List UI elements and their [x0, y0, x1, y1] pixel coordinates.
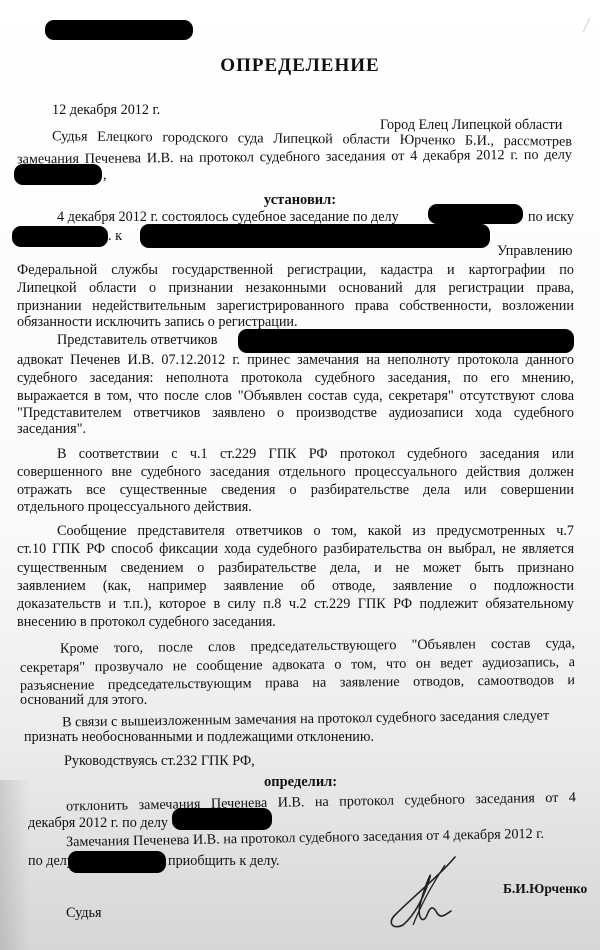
redacted-defendants	[140, 224, 490, 248]
paragraph-line: по иску	[528, 209, 574, 225]
paragraph-line: отдельного процессуального действия.	[17, 499, 252, 515]
paragraph-line: Федеральной службы государственной регис…	[17, 262, 574, 278]
paragraph-line: Сообщение представителя ответчиков о том…	[57, 523, 574, 539]
decision-line: декабря 2012 г. по делу	[28, 815, 168, 831]
paragraph-line: заседания".	[17, 421, 86, 437]
paragraph-line: судебного заседания: неполнота протокола…	[17, 370, 574, 386]
paragraph-line: обязанности исключить запись о регистрац…	[17, 314, 298, 330]
document-date: 12 декабря 2012 г.	[52, 102, 160, 118]
paragraph-line: В соответствии с ч.1 ст.229 ГПК РФ прото…	[57, 446, 574, 462]
paragraph-line: ст.10 ГПК РФ способ фиксации хода судебн…	[17, 541, 574, 557]
redacted-plaintiff	[12, 226, 108, 247]
decision-line: отклонить замечания Печенева И.В. на про…	[66, 790, 576, 815]
page-number-mark	[583, 18, 600, 32]
redacted-case-number	[172, 808, 272, 830]
paragraph-line: оснований для этого.	[20, 692, 147, 708]
paragraph-line: Управлению	[497, 243, 572, 259]
paragraph-line: 4 декабря 2012 г. состоялось судебное за…	[57, 209, 399, 225]
paragraph-line: совершенного вне судебного заседания отд…	[17, 464, 574, 480]
paragraph-line: заявлением (как, например заявление об о…	[17, 578, 574, 594]
handwritten-signature-icon	[385, 855, 465, 935]
paragraph-line: адвокат Печенев И.В. 07.12.2012 г. прине…	[17, 352, 574, 368]
decision-line: приобщить к делу.	[168, 853, 280, 869]
paragraph-line: доказательств и т.п.), которое в силу п.…	[17, 596, 574, 612]
court-ruling-page: ОПРЕДЕЛЕНИЕ 12 декабря 2012 г. Город Еле…	[0, 0, 600, 950]
redacted-case-number	[428, 204, 523, 224]
redacted-defendants	[238, 329, 574, 353]
decided-heading: определил:	[264, 774, 337, 790]
paragraph-line: Представитель ответчиков	[57, 332, 217, 348]
paragraph-line: . к	[108, 228, 122, 244]
paragraph-line: разъяснение председательствующим права н…	[20, 672, 575, 694]
paragraph-line: "Представителем ответчиков заявлено о пр…	[17, 405, 574, 421]
guided-by-line: Руководствуясь ст.232 ГПК РФ,	[64, 753, 255, 769]
intro-line: замечания Печенева И.В. на протокол суде…	[17, 147, 572, 168]
paragraph-line: признать необоснованными и подлежащими о…	[24, 729, 374, 745]
paragraph-line: отражать все существенные сведения о раз…	[17, 482, 574, 498]
redacted-case-number	[68, 851, 166, 873]
signature-role: Судья	[66, 905, 102, 921]
intro-line: ,	[103, 167, 107, 183]
paragraph-line: Липецкой области о признании незаконными…	[17, 280, 574, 296]
paragraph-line: В связи с вышеизложенным замечания на пр…	[62, 708, 549, 731]
paragraph-line: существенным сведением о разбирательстве…	[17, 560, 574, 576]
paragraph-line: выражается в том, что после слов "Объявл…	[17, 388, 574, 404]
paragraph-line: признании недействительным зарегистриров…	[17, 298, 574, 314]
redacted-case-number	[14, 164, 102, 185]
document-city: Город Елец Липецкой области	[380, 117, 562, 133]
document-title: ОПРЕДЕЛЕНИЕ	[0, 58, 600, 74]
page-shadow	[0, 780, 30, 950]
redacted-header	[45, 20, 193, 40]
paragraph-line: внесению в протокол судебного заседания.	[17, 614, 276, 630]
signature-name: Б.И.Юрченко	[503, 881, 587, 897]
paragraph-line: Кроме того, после слов председательствую…	[60, 635, 575, 656]
